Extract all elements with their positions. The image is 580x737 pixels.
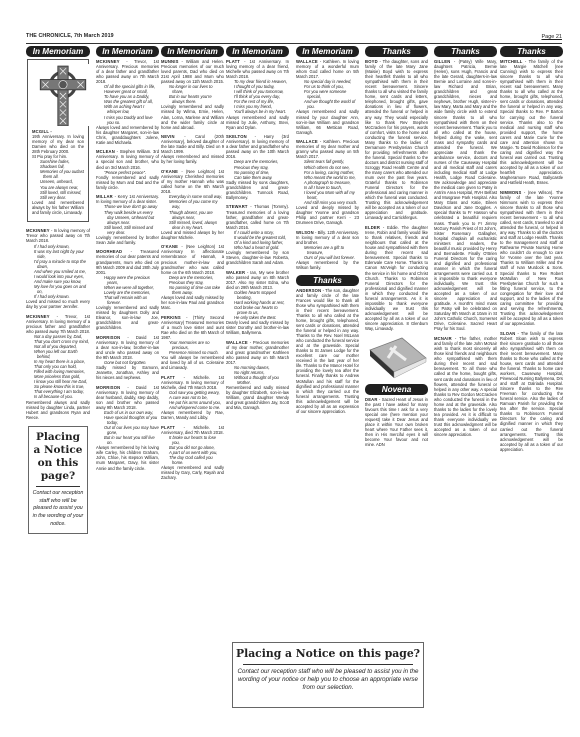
- column-6: Thanks BOYD - The daughter, sons and fam…: [365, 46, 428, 452]
- notice-verse: Of all the special gifts in life, Howeve…: [96, 84, 159, 124]
- divider: [36, 486, 80, 487]
- notice-text: Always remembered by the Wilson family.: [296, 260, 359, 270]
- notice-text: Remembered always and sadly missed by da…: [26, 400, 90, 420]
- verse-line: I loved you Mum with all my heart,: [304, 190, 359, 200]
- notice-verse: Deep are the memories, Precious they sta…: [161, 275, 224, 295]
- placing-notice-banner: Placing a Notice on this page? Contact o…: [232, 642, 424, 708]
- notice-mclean: MCLEAN - Stephen William. 3rd Anniversar…: [96, 149, 159, 189]
- verse-line: You'll always be in my heart.: [234, 109, 289, 114]
- notice-text: Lovingly remembered and sadly missed by …: [96, 305, 159, 330]
- section-header-in-memoriam: In Memoriam: [296, 46, 359, 57]
- notice-okane-1: O'KANE - (Nee Leighton) 1st Anniversary …: [161, 169, 224, 240]
- column-3: In Memoriam MUNNIS - William and Helen. …: [161, 46, 224, 485]
- notice-text: Always remembered by Rae, Darren, Mandy …: [161, 410, 224, 420]
- notice-verse: Those we love don't go away They walk be…: [96, 204, 159, 234]
- verse-line: But in our hearts you're always there.: [169, 94, 224, 104]
- notice-verse: Sunshine fades, Shadows fall, Memories o…: [32, 159, 84, 199]
- notice-nevin: NEVIN - Carol (20th Anniversary), belove…: [161, 134, 224, 164]
- notice-text: - The family of the late Robert Sloan wi…: [500, 331, 563, 452]
- notice-text: Sadly missed by sons daughters, grandchi…: [226, 180, 289, 200]
- notice-mckinney-3: MCKINNEY - Trevor, 1st Anniversary. Prec…: [96, 59, 159, 145]
- mcgill-notice-box: MCGILL - 19th Anniversary. In loving mem…: [27, 59, 89, 222]
- notice-morrison-2: MORRISON - David 1st Anniversary. In lov…: [96, 385, 159, 471]
- verse-line: No longer in our lives to share,: [169, 84, 224, 94]
- celtic-cross-icon: [32, 64, 94, 126]
- notice-mcgill: MCGILL - 19th Anniversary. In loving mem…: [32, 129, 84, 215]
- column-4: In Memoriam PLATT - 1st Anniversary. In …: [226, 46, 289, 415]
- notice-verse: No special day is needed, For us to thin…: [296, 79, 359, 109]
- notice-text: Always remembered and missed by her lovi…: [161, 154, 224, 164]
- notice-wallace-1: WALLACE - Precious memories of my dear m…: [226, 340, 289, 411]
- notice-verse: Golden hearts stopped beating, Hard work…: [226, 290, 289, 320]
- verse-line: I miss you Daddy and love you so.: [104, 115, 159, 125]
- notice-text: Always loved and sadly missed by her son…: [161, 295, 224, 310]
- verse-line: Golden hearts stopped beating,: [234, 290, 289, 300]
- banner-heading: Placing a Notice on this page?: [233, 647, 423, 660]
- notice-text: Always remembered and sadly missed by Ga…: [161, 465, 224, 480]
- verse-line: But in our heart you still live on.: [104, 435, 159, 445]
- column-1: In Memoriam MCGILL - 19th Anniversary. I…: [26, 46, 90, 534]
- verse-line: Your memories are so precious,: [169, 340, 224, 350]
- notice-text: Loved and missed so much every day by yo…: [26, 299, 90, 309]
- notice-text: Always loved and remembered by his daugh…: [96, 125, 159, 145]
- notice-verse: If I had only known, It was my last nigh…: [26, 244, 90, 300]
- notice-nimmons: NIMMONS - (nee Wilson). The family of th…: [500, 190, 563, 326]
- notice-verse: Deep are the memories, Precious they sta…: [226, 159, 289, 179]
- notice-stewart: STEWART - Thomas (Tommy). Treasured memo…: [226, 204, 289, 265]
- notice-anderson: ANDERSON - The son, daughter and family …: [296, 288, 359, 414]
- section-header-in-memoriam: In Memoriam: [226, 46, 289, 57]
- verse-line: It broke our hearts to lose you,: [169, 435, 224, 445]
- verse-line: Though absent, you are always near,: [169, 210, 224, 220]
- verse-line: Still loved, Still missed and very dear.: [104, 225, 159, 235]
- notice-verse: Happy were the precious years, When we w…: [96, 275, 159, 305]
- section-header-thanks: Thanks: [365, 46, 428, 57]
- verse-line: When you left our Earth behind,: [34, 349, 90, 359]
- section-header-in-memoriam: In Memoriam: [161, 46, 224, 57]
- notice-text: - The daughter, sons and family of the l…: [365, 59, 428, 220]
- notice-platt-1: PLATT - Michelle. 1st Anniversary. In lo…: [161, 375, 224, 420]
- notice-text: - (Nee Leighton) 1st Anniversary In affe…: [161, 244, 224, 274]
- divider: [243, 664, 413, 665]
- verse-line: You are always near,: [40, 185, 84, 190]
- notice-verse: Each of us in our own way, Have special …: [96, 410, 159, 445]
- verse-line: God broke our hearts to prove to us,: [234, 305, 289, 315]
- verse-line: Have special thoughts of you today,: [104, 415, 159, 425]
- verse-line: Who meant the world to me,: [304, 175, 359, 180]
- notice-wilson: WILSON - Billy. 12th Anniversary. In lov…: [296, 230, 359, 270]
- notice-text: - (Patsy) Wife Mary, daughters Patricia,…: [434, 59, 497, 331]
- notice-wallace-3: WALLACE - Kathleen. Precious memories of…: [296, 139, 359, 225]
- section-header-thanks: Thanks: [500, 46, 563, 57]
- column-7: Thanks GILLEN - (Patsy) Wife Mary, daugh…: [434, 46, 497, 442]
- notice-text: Fondly remembered and sadly missed by Mu…: [96, 175, 159, 190]
- notice-text: - Eddie. The daughter Irene, Robin and f…: [365, 225, 428, 331]
- notice-verse: It broke our hearts to lose you, But you…: [161, 435, 224, 465]
- notice-verse: To my dear friend in Heaven, I thought o…: [226, 79, 289, 114]
- verse-line: The day God called you home.: [169, 455, 224, 465]
- notice-text: Always remembered by his loving wife Car…: [96, 445, 159, 470]
- verse-line: Happy were the precious years,: [104, 275, 159, 285]
- notice-text: - (nee Wilson). The family of the late Y…: [500, 190, 563, 326]
- notice-moorhead: MOORHEAD - Treasured memories of our dea…: [96, 249, 159, 330]
- notice-text: Loved and deeply missed by daughter Yvon…: [296, 205, 359, 225]
- verse-line: With an aching heart I whisper low,: [104, 104, 159, 114]
- notice-okane-2: O'KANE - (Nee Leighton) 1st Anniversary …: [161, 244, 224, 310]
- notice-mckinney-2: MCKINNEY - Trevor, 1st Anniversary. In l…: [26, 314, 90, 420]
- notice-sloan: SLOAN - The family of the late Robert Sl…: [500, 331, 563, 452]
- notice-verse: Your memories are so precious, Presence …: [161, 340, 224, 355]
- verse-line: Still loved, still missed,: [40, 190, 84, 195]
- notice-text: Lovingly remembered and sadly missed by …: [161, 104, 224, 129]
- verse-line: That will remain with us forever.: [104, 295, 159, 305]
- notice-text: Dearly loved and sadly missed by sister …: [226, 320, 289, 335]
- verse-line: For a loving, caring mother,: [304, 170, 359, 175]
- notice-perkins: PERKINS - (Thirty Second Anniversary) Tr…: [161, 315, 224, 371]
- notice-verse: No morning dawns, No night returns, With…: [226, 365, 289, 385]
- notice-text: Lovingly remembered by brother Sean Juli…: [96, 235, 159, 245]
- placing-notice-text: Contact our reception staff who will be …: [32, 490, 84, 529]
- verse-line: Those we love don't go away: [104, 204, 159, 209]
- notice-text: Always remembered and sadly missed by Ju…: [226, 115, 289, 130]
- banner-text: Contact our reception staff who will be …: [233, 668, 423, 693]
- notice-verse: If I could write a story, It would be th…: [226, 230, 289, 250]
- notice-text: Loved and remembered always by his fathe…: [32, 200, 84, 215]
- notice-walker: WALKER - Ian, My wee brother who passed …: [226, 270, 289, 336]
- page-number: Page 21: [542, 34, 563, 40]
- verse-line: It was my last night by your side,: [34, 249, 90, 259]
- notice-platt-2: PLATT - Michelle. 1st Anniversary, died …: [161, 425, 224, 481]
- notice-platt-3: PLATT - 1st Anniversary. In loving memor…: [226, 59, 289, 130]
- notice-wallace-2: WALLACE - Kathleen. In loving memory of …: [296, 59, 359, 135]
- verse-line: Memories are a gift to treasure,: [304, 245, 359, 255]
- section-header-thanks: Thanks: [434, 46, 497, 57]
- placing-notice-heading: Placing a Notice on this page?: [32, 431, 84, 483]
- section-header-in-memoriam: In Memoriam: [26, 46, 90, 57]
- section-header-in-memoriam: In Memoriam: [96, 46, 159, 57]
- notice-verse: No longer in our lives to share, But in …: [161, 84, 224, 104]
- verse-line: And we thought the world of you.: [304, 99, 359, 109]
- verse-line: Without a thought of you Mother.: [234, 375, 289, 385]
- notice-verse: Everyday in some small way, Memories of …: [161, 194, 224, 229]
- verse-line: My love for you goes on and on,: [34, 284, 90, 294]
- notice-munnis: MUNNIS - William and Helen. Precious mem…: [161, 59, 224, 130]
- verse-line: Memories of you outlast them all.: [40, 169, 84, 179]
- notice-millar: MILLAR - Kerry 1st Anniversary. In lovin…: [96, 194, 159, 244]
- notice-text: - The father, mother and family of the l…: [434, 336, 497, 437]
- verse-line: They walk beside us every day Unseen, Un…: [104, 210, 159, 225]
- verse-line: I'd pray a miracle to stop the dawn,: [34, 259, 90, 269]
- masthead: THE CHRONICLE, 7th March 2019 Page 21: [26, 33, 562, 44]
- notice-text: You will always be remembered and loved …: [161, 355, 224, 370]
- notice-novena: DEAR - Sacred Heart of Jesus in the past…: [365, 397, 428, 447]
- notice-text: - The son, daughter and family circle of…: [296, 288, 359, 414]
- bible-icon: [366, 336, 428, 380]
- notice-morrison-1: MORRISON - David 1st Anniversary. In lov…: [96, 335, 159, 380]
- newspaper-title: THE CHRONICLE, 7th March 2019: [26, 33, 114, 39]
- verse-line: Out of our lives you may have gone,: [104, 425, 159, 435]
- column-8: Thanks MITCHELL - The family of the late…: [500, 46, 563, 456]
- notice-skelton: SKELTON - Harry (3rd Anniversary). In lo…: [226, 134, 289, 200]
- notice-text: 19th Anniversary. In loving memory of my…: [32, 134, 84, 154]
- notice-text: Sadly missed by Eamonn, Jeanette, Jonath…: [96, 365, 159, 380]
- notice-text: Remembered and sadly missed by daughter …: [226, 385, 289, 410]
- verse-line: No passing of time can take them away.: [169, 285, 224, 295]
- notice-text: - The family of the late Margie Mitchell…: [500, 59, 563, 185]
- notice-verse: Not a day passes by, Dad, That you don't…: [26, 334, 90, 400]
- notice-boyd: BOYD - The daughter, sons and family of …: [365, 59, 428, 221]
- section-header-novena: Novena: [365, 384, 428, 395]
- verse-line: For you were someone special,: [304, 89, 359, 99]
- verse-line: A photograph to treasure,: [304, 180, 359, 185]
- notice-verse: Memories are a gift to treasure, Ours of…: [296, 245, 359, 260]
- notice-text: Lovingly remembered by son Steven, daugh…: [226, 250, 289, 265]
- column-2: In Memoriam MCKINNEY - Trevor, 1st Anniv…: [96, 46, 159, 475]
- verse-line: Still missed, loved, always dear in my h…: [169, 220, 224, 230]
- notice-text: Always remembered and sadly missed by yo…: [296, 109, 359, 134]
- notice-verse: God saw you getting weary, A cure was no…: [161, 390, 224, 410]
- notice-gillen: GILLEN - (Patsy) Wife Mary, daughters Pa…: [434, 59, 497, 332]
- notice-text: - Sacred Heart of Jesus in the past I ha…: [365, 397, 428, 447]
- notice-mcnair: MCNAIR - The father, mother and family o…: [434, 336, 497, 437]
- column-5: In Memoriam WALLACE - Kathleen. In lovin…: [296, 46, 359, 418]
- verse-line: Memories of you come my way,: [169, 199, 224, 209]
- notice-verse: Silent tears fall gently, Which others d…: [296, 159, 359, 204]
- placing-notice-box: Placing a Notice on this page? Contact o…: [28, 426, 88, 534]
- notice-mckinney-1: MCKINNEY - In loving memory of Trevor wh…: [26, 228, 90, 309]
- section-header-thanks: Thanks: [296, 275, 359, 286]
- notice-elder: ELDER - Eddie. The daughter Irene, Robin…: [365, 225, 428, 331]
- notice-mitchell: MITCHELL - The family of the late Margie…: [500, 59, 563, 185]
- notice-text: Loved and missed always by her daughter …: [161, 230, 224, 240]
